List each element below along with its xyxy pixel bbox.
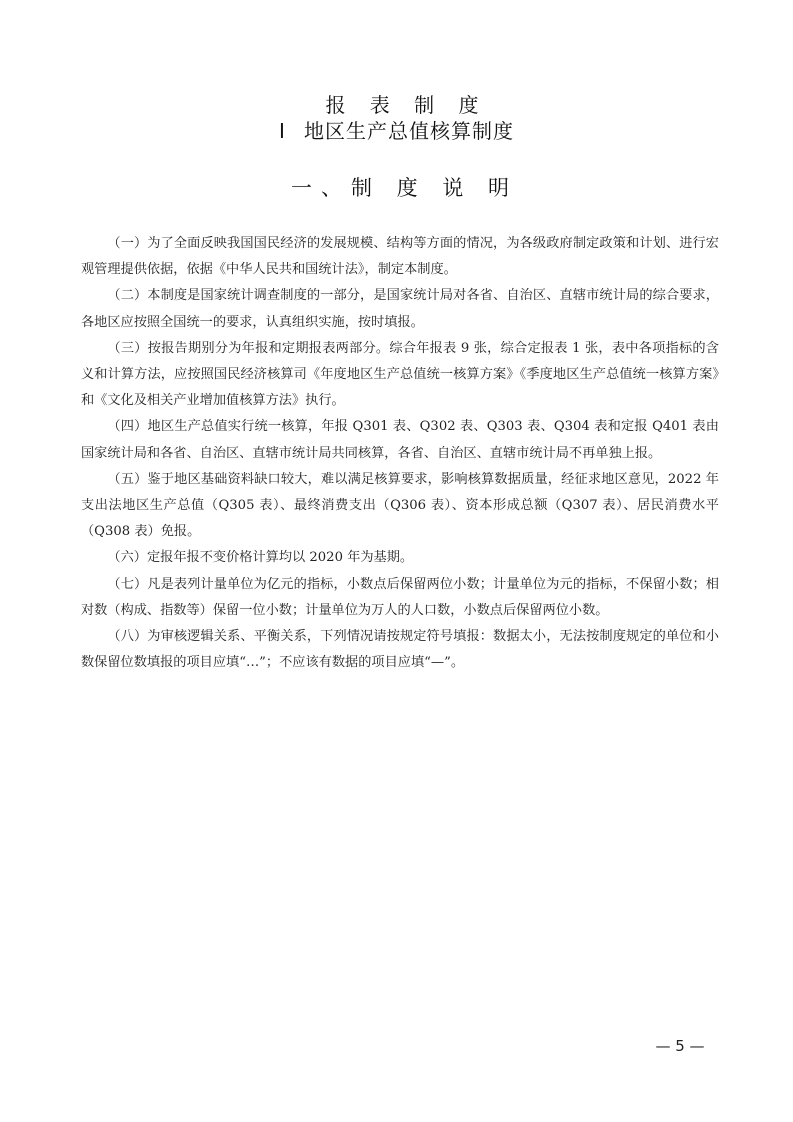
- paragraph-3: （三）按报告期别分为年报和定期报表两部分。综合年报表 9 张，综合定报表 1 张…: [81, 336, 719, 415]
- page-number: — 5 —: [640, 1037, 720, 1055]
- document-subtitle: Ⅰ地区生产总值核算制度: [0, 118, 793, 144]
- document-title: 报 表 制 度: [0, 93, 793, 117]
- paragraph-8: （八）为审核逻辑关系、平衡关系，下列情况请按规定符号填报：数据太小，无法按制度规…: [81, 624, 719, 676]
- subtitle-text: 地区生产总值核算制度: [304, 119, 514, 143]
- document-body: （一）为了全面反映我国国民经济的发展规模、结构等方面的情况，为各级政府制定政策和…: [81, 231, 719, 676]
- paragraph-2: （二）本制度是国家统计调查制度的一部分，是国家统计局对各省、自治区、直辖市统计局…: [81, 283, 719, 335]
- paragraph-4: （四）地区生产总值实行统一核算，年报 Q301 表、Q302 表、Q303 表、…: [81, 414, 719, 466]
- paragraph-1: （一）为了全面反映我国国民经济的发展规模、结构等方面的情况，为各级政府制定政策和…: [81, 231, 719, 283]
- subtitle-numeral: Ⅰ: [279, 119, 286, 143]
- paragraph-6: （六）定报年报不变价格计算均以 2020 年为基期。: [81, 545, 719, 571]
- paragraph-7: （七）凡是表列计量单位为亿元的指标，小数点后保留两位小数；计量单位为元的指标，不…: [81, 572, 719, 624]
- paragraph-5: （五）鉴于地区基础资料缺口较大，难以满足核算要求，影响核算数据质量，经征求地区意…: [81, 467, 719, 546]
- section-title: 一、制 度 说 明: [0, 175, 793, 201]
